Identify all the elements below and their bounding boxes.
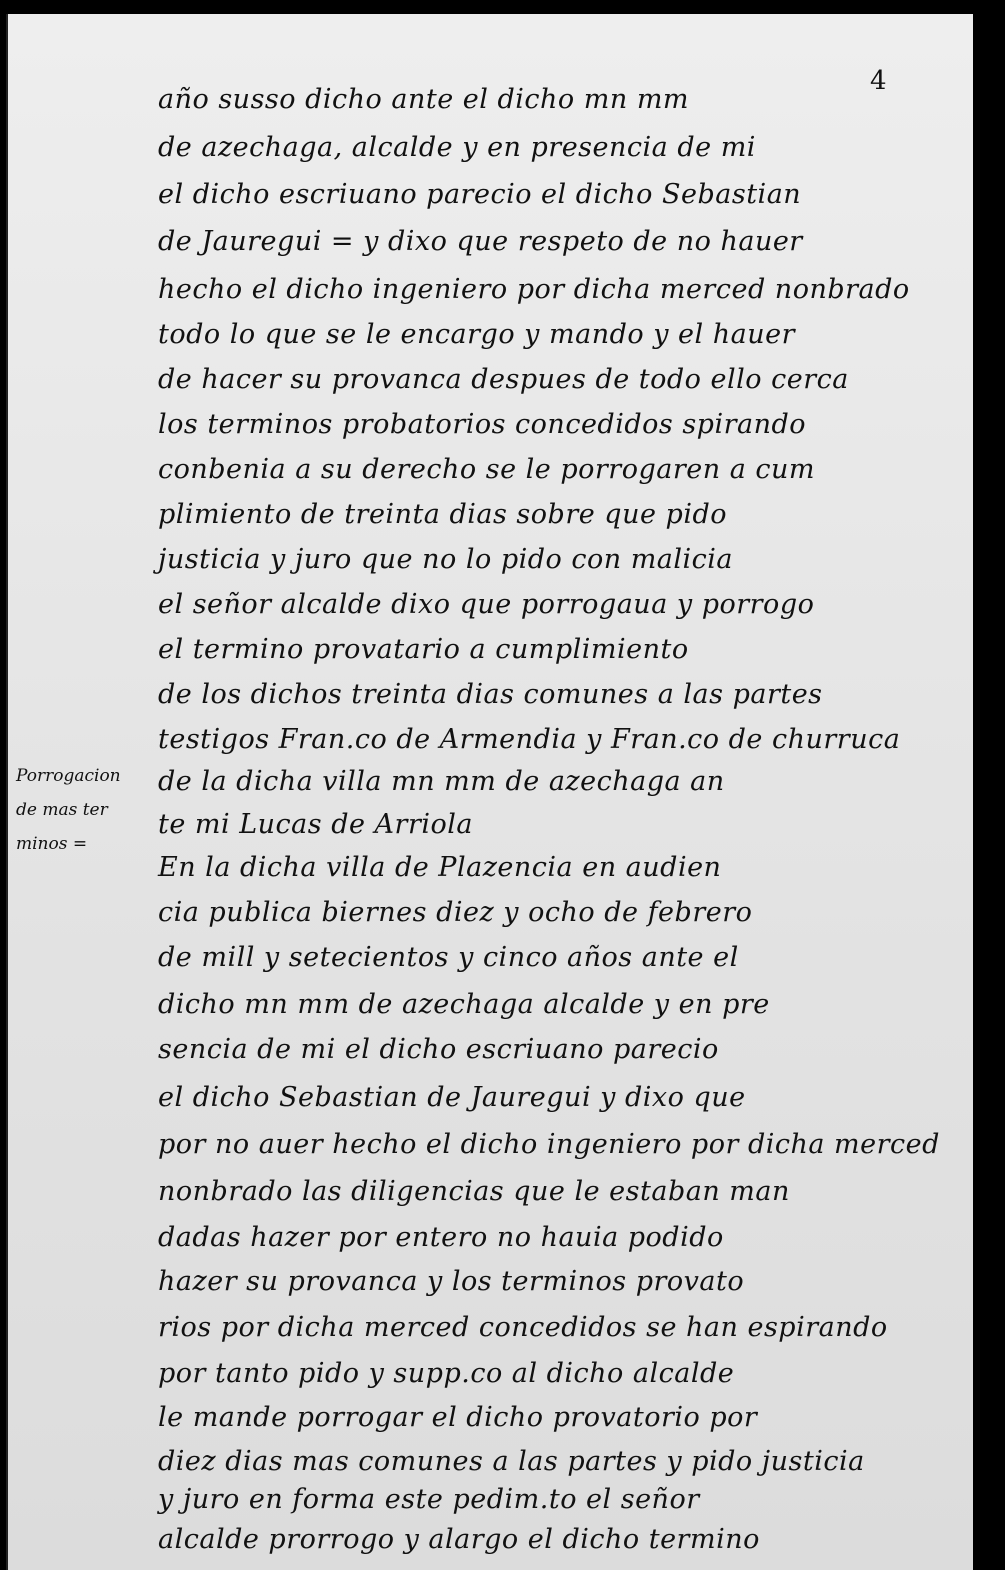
text-line: el dicho escriuano parecio el dicho Seba… (158, 179, 801, 210)
text-line: nonbrado las diligencias que le estaban … (158, 1176, 790, 1207)
text-line: por tanto pido y supp.co al dicho alcald… (158, 1358, 734, 1389)
text-line: diez dias mas comunes a las partes y pid… (158, 1446, 865, 1477)
text-line: testigos Fran.co de Armendia y Fran.co d… (158, 724, 900, 755)
text-line: por no auer hecho el dicho ingeniero por… (158, 1129, 940, 1160)
text-line: te mi Lucas de Arriola (158, 809, 473, 840)
text-line: y juro en forma este pedim.to el señor (158, 1484, 700, 1515)
text-line: hazer su provanca y los terminos provato (158, 1266, 744, 1297)
text-line: de hacer su provanca despues de todo ell… (158, 364, 849, 395)
folio-number: 4 (870, 66, 887, 96)
margin-note-line-1: Porrogacion (16, 766, 121, 786)
text-line: le mande porrogar el dicho provatorio po… (158, 1402, 757, 1433)
text-line: de la dicha villa mn mm de azechaga an (158, 766, 725, 797)
text-line: de mill y setecientos y cinco años ante … (158, 942, 739, 973)
text-line: los terminos probatorios concedidos spir… (158, 409, 806, 440)
text-line: el dicho Sebastian de Jauregui y dixo qu… (158, 1082, 746, 1113)
text-line: todo lo que se le encargo y mando y el h… (158, 319, 795, 350)
margin-note-line-3: minos = (16, 834, 87, 854)
text-line: hecho el dicho ingeniero por dicha merce… (158, 274, 910, 305)
text-line: de azechaga, alcalde y en presencia de m… (158, 132, 756, 163)
text-line: En la dicha villa de Plazencia en audien (158, 852, 721, 883)
text-line: de Jauregui = y dixo que respeto de no h… (158, 226, 803, 257)
page-edge-shadow (973, 0, 1005, 1570)
text-line: conbenia a su derecho se le porrogaren a… (158, 454, 815, 485)
manuscript-page: 4 Porrogacion de mas ter minos = año sus… (6, 14, 978, 1570)
text-line: de los dichos treinta dias comunes a las… (158, 679, 823, 710)
text-line: dadas hazer por entero no hauia podido (158, 1222, 724, 1253)
margin-note-line-2: de mas ter (16, 800, 108, 820)
text-line: dicho mn mm de azechaga alcalde y en pre (158, 989, 770, 1020)
text-line: el señor alcalde dixo que porrogaua y po… (158, 589, 814, 620)
text-line: el termino provatario a cumplimiento (158, 634, 689, 665)
text-line: plimiento de treinta dias sobre que pido (158, 499, 727, 530)
text-line: sencia de mi el dicho escriuano parecio (158, 1034, 719, 1065)
text-line: rios por dicha merced concedidos se han … (158, 1312, 888, 1343)
text-line: cia publica biernes diez y ocho de febre… (158, 897, 752, 928)
text-line: año susso dicho ante el dicho mn mm (158, 84, 689, 115)
text-line: alcalde prorrogo y alargo el dicho termi… (158, 1524, 760, 1555)
text-line: justicia y juro que no lo pido con malic… (158, 544, 733, 575)
